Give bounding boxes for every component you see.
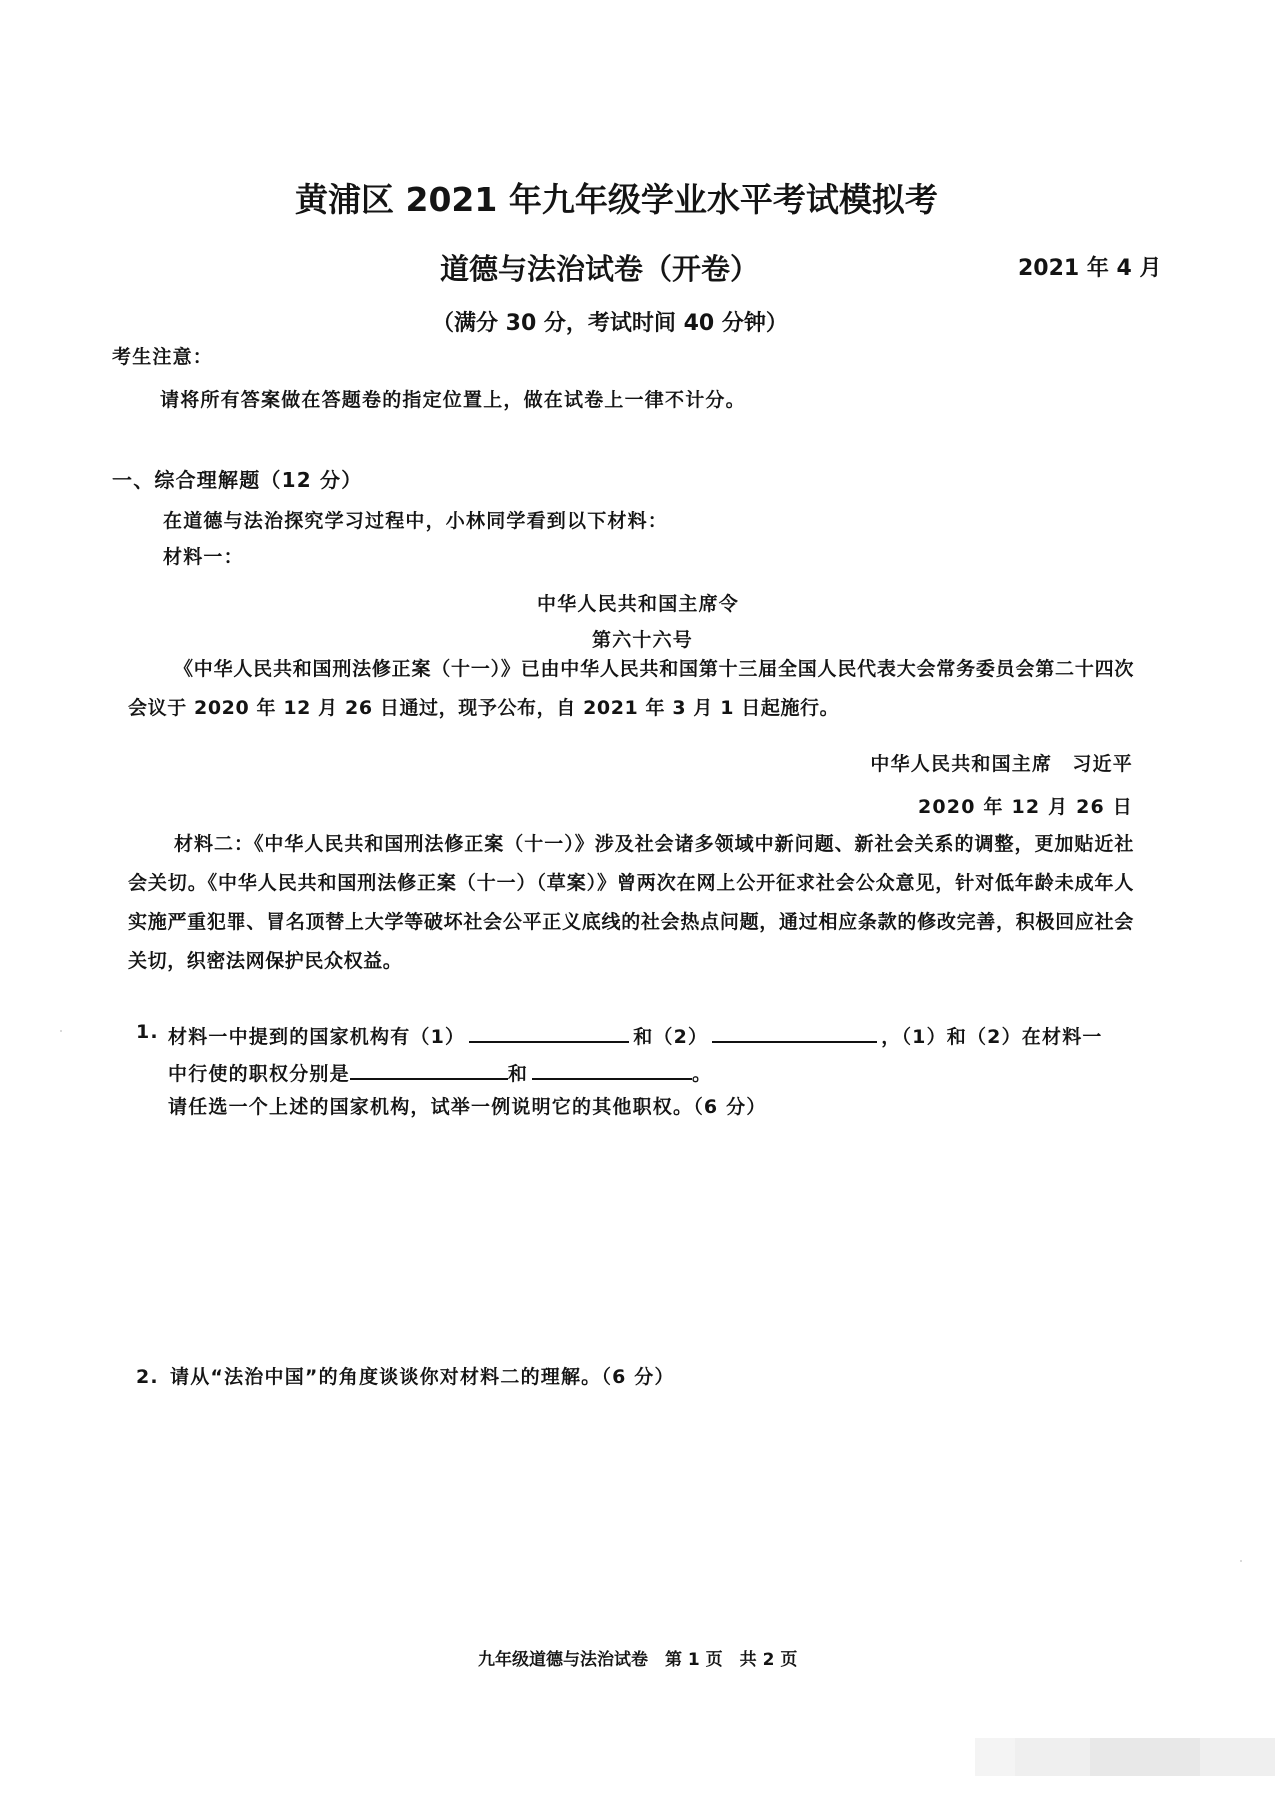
question-1-line3: 请任选一个上述的国家机构，试举一例说明它的其他职权。（6 分） [168,1098,767,1117]
material2-text: 材料二：《中华人民共和国刑法修正案（十一）》涉及社会诸多领域中新问题、新社会关系… [128,825,1134,981]
question-2-number: 2. [136,1368,159,1387]
exam-date: 2021 年 4 月 [1018,258,1162,280]
q1-blank-2[interactable] [712,1023,877,1043]
order-number: 第六十六号 [592,631,693,650]
order-sign-date: 2020 年 12 月 26 日 [918,798,1133,817]
material1-label: 材料一： [163,548,244,567]
question-2-text: 请从“法治中国”的角度谈谈你对材料二的理解。（6 分） [170,1368,675,1387]
q1-blank-3[interactable] [350,1060,508,1080]
section-heading: 一、综合理解题（12 分） [112,470,362,490]
exam-subtitle: 道德与法治试卷（开卷） [440,255,759,284]
q1-blank-4[interactable] [532,1060,692,1080]
question-1-line1: 材料一中提到的国家机构有（1）和（2），（1）和（2）在材料一 [168,1023,1103,1047]
question-1-number: 1. [136,1023,159,1042]
notice-label: 考生注意： [112,348,213,367]
q1-blank-1[interactable] [469,1023,629,1043]
scan-speck [60,1030,62,1032]
q1-line1-text-a: 材料一中提到的国家机构有（1） [168,1026,465,1048]
order-body: 《中华人民共和国刑法修正案（十一）》已由中华人民共和国第十三届全国人民代表大会常… [128,650,1134,728]
exam-title: 黄浦区 2021 年九年级学业水平考试模拟考 [295,183,938,216]
notice-text: 请将所有答案做在答题卷的指定位置上，做在试卷上一律不计分。 [160,391,746,410]
score-time: （满分 30 分，考试时间 40 分钟） [432,313,788,335]
order-signature: 中华人民共和国主席 习近平 [870,755,1133,774]
q1-line2-text-b: 和 [508,1063,528,1085]
section-intro: 在道德与法治探究学习过程中，小林同学看到以下材料： [163,512,668,531]
scan-speck [1240,1560,1242,1562]
q1-line2-text-a: 中行使的职权分别是 [168,1063,350,1085]
question-1-line2: 中行使的职权分别是和。 [168,1060,712,1084]
q1-line1-text-c: ，（1）和（2）在材料一 [881,1026,1102,1048]
blurred-watermark [975,1738,1275,1776]
q1-line2-text-c: 。 [692,1063,712,1085]
order-title: 中华人民共和国主席令 [537,595,739,614]
q1-line1-text-b: 和（2） [633,1026,708,1048]
page-footer: 九年级道德与法治试卷 第 1 页 共 2 页 [478,1652,797,1669]
